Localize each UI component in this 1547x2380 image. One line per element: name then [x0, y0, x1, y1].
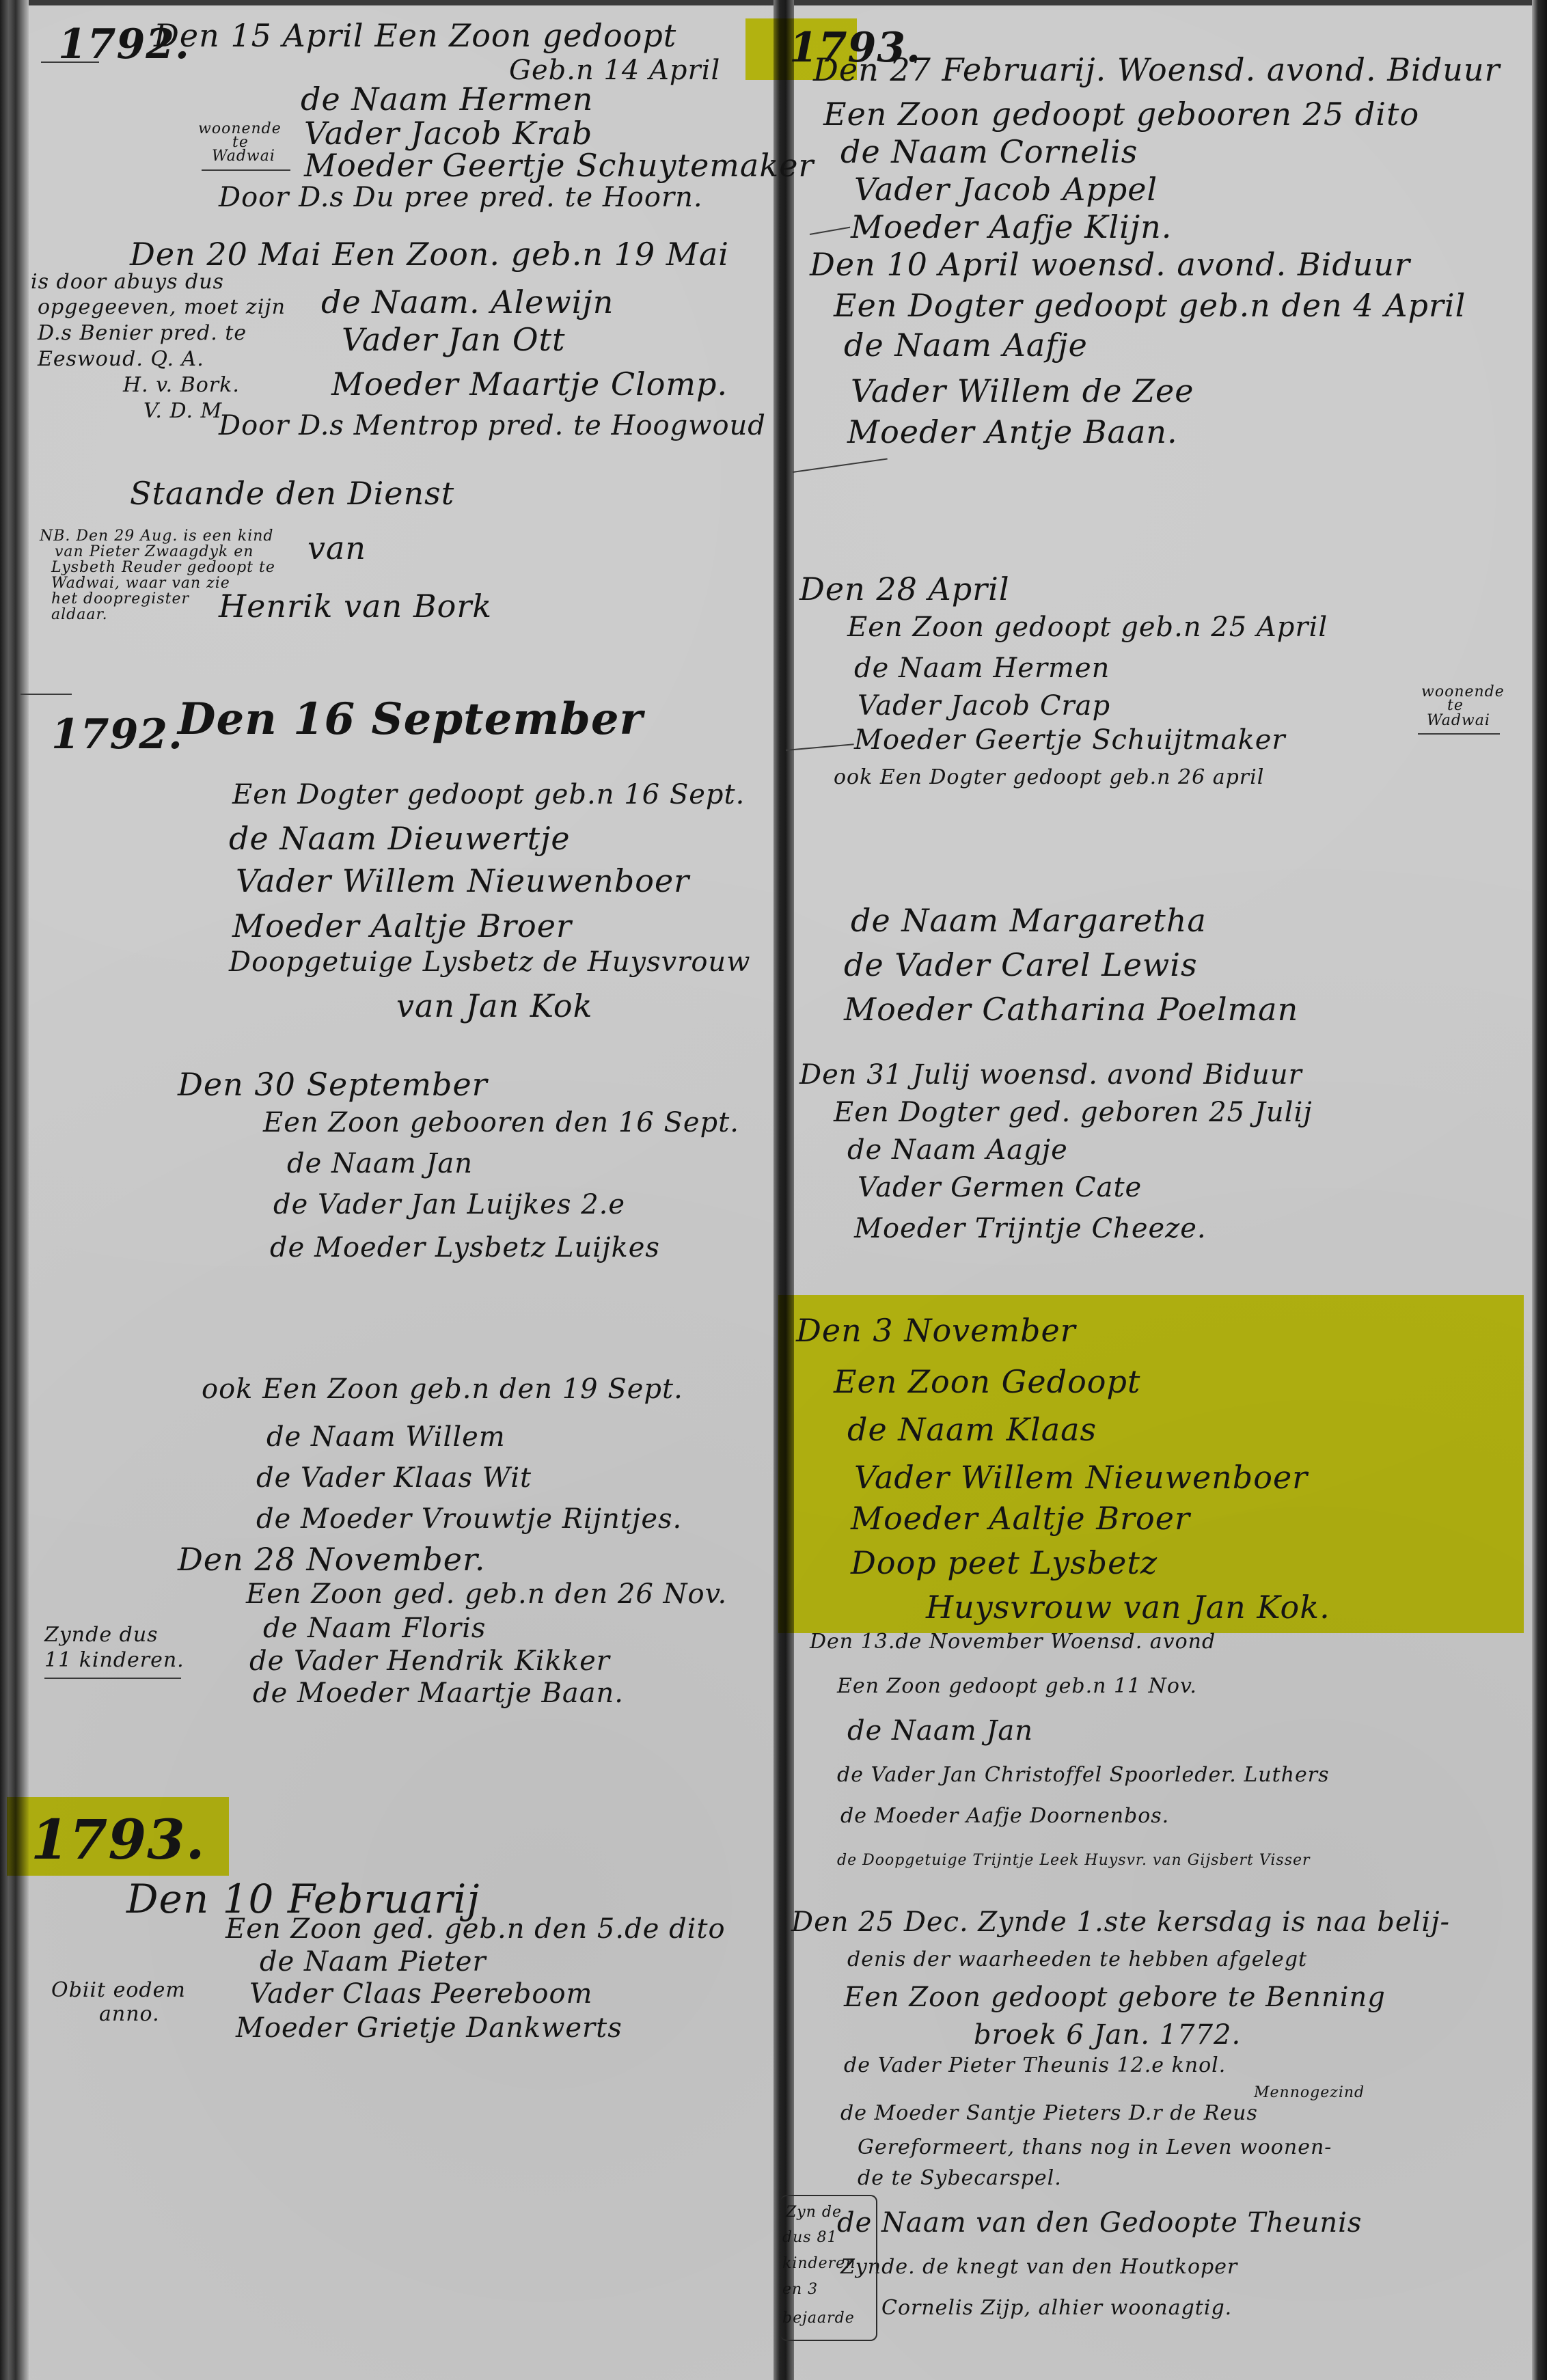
margin-note: Lysbeth Reuder gedoopt te — [51, 559, 275, 576]
entry-line: Zynde. de knegt van den Houtkoper — [840, 2255, 1237, 2279]
entry-line: Den 16 September — [178, 694, 643, 745]
entry-year: 1792. — [51, 711, 183, 758]
entry-line: de Moeder Aafje Doornenbos. — [840, 1804, 1169, 1828]
entry-line: Een Zoon gedoopt geb.n 11 Nov. — [837, 1674, 1197, 1698]
margin-note: Wadwai — [1427, 712, 1490, 729]
entry-line: Door D.s Du pree pred. te Hoorn. — [219, 182, 703, 213]
entry-line: Moeder Aafje Klijn. — [851, 208, 1172, 245]
entry-line: Moeder Geertje Schuijtmaker — [854, 724, 1286, 756]
divider — [1418, 733, 1500, 735]
entry-line: Huysvrouw van Jan Kok. — [926, 1589, 1330, 1626]
entry-line: van — [307, 530, 366, 566]
margin-note: het doopregister — [51, 590, 189, 607]
entry-line: Vader Willem Nieuwenboer — [236, 862, 689, 899]
margin-note: van Pieter Zwaagdyk en — [55, 543, 254, 560]
entry-line: de Vader Jan Christoffel Spoorleder. Lut… — [837, 1763, 1329, 1787]
entry-line: Den 30 September — [178, 1066, 488, 1103]
entry-line: de te Sybecarspel. — [858, 2166, 1062, 2190]
divider — [41, 61, 99, 63]
entry-line: de Vader Pieter Theunis 12.e knol. — [844, 2053, 1226, 2077]
book-right-edge — [1532, 0, 1547, 2380]
margin-note: Eeswoud. Q. A. — [38, 347, 204, 371]
entry-line: Den 25 Dec. Zynde 1.ste kersdag is naa b… — [791, 1906, 1450, 1938]
margin-note: NB. Den 29 Aug. is een kind — [40, 528, 273, 545]
divider — [202, 169, 290, 171]
entry-line: de Vader Jan Luijkes 2.e — [273, 1189, 625, 1220]
entry-line: Henrik van Bork — [219, 588, 492, 625]
entry-line: de Naam Jan — [847, 1715, 1033, 1747]
book-spine — [773, 0, 794, 2380]
entry-line: Vader Jan Ott — [342, 321, 566, 358]
entry-line: Een Zoon Gedoopt — [834, 1363, 1140, 1400]
margin-note: Obiit eodem — [51, 1978, 186, 2002]
entry-line: de Naam van den Gedoopte Theunis — [837, 2207, 1362, 2239]
margin-note: Wadwai — [212, 148, 275, 165]
entry-line: Cornelis Zijp, alhier woonagtig. — [881, 2296, 1232, 2320]
entry-line: de Naam Willem — [266, 1421, 506, 1453]
entry-line: ook Een Zoon geb.n den 19 Sept. — [202, 1373, 683, 1405]
margin-box-line: kinderen — [782, 2255, 855, 2272]
entry-line: Vader Jacob Appel — [854, 171, 1158, 208]
entry-line: van Jan Kok — [396, 987, 592, 1024]
divider — [20, 694, 72, 695]
margin-note: V. D. M. — [143, 399, 230, 423]
entry-line: Vader Willem de Zee — [851, 372, 1194, 409]
entry-line: de Vader Hendrik Kikker — [249, 1645, 610, 1677]
entry-line: Den 10 April woensd. avond. Biduur — [810, 246, 1410, 283]
entry-line: Door D.s Mentrop pred. te Hoogwoud — [219, 410, 766, 441]
entry-line: de Moeder Vrouwtje Rijntjes. — [256, 1503, 682, 1535]
entry-line: de Naam Aafje — [844, 327, 1088, 364]
entry-line: de Naam Jan — [287, 1148, 473, 1179]
margin-note: H. v. Bork. — [123, 373, 240, 397]
margin-box-line: en 3 — [782, 2281, 818, 2298]
entry-year: 1793. — [31, 1807, 206, 1872]
entry-line: Den 13.de November Woensd. avond — [810, 1630, 1216, 1654]
margin-note: anno. — [99, 2002, 160, 2026]
entry-line: Een Zoon gedoopt geb.n 25 April — [847, 612, 1328, 643]
entry-line: ook Een Dogter gedoopt geb.n 26 april — [834, 765, 1264, 789]
entry-line: Moeder Maartje Clomp. — [331, 366, 728, 402]
entry-line: de Naam Margaretha — [851, 902, 1207, 939]
entry-line: de Doopgetuige Trijntje Leek Huysvr. van… — [837, 1852, 1311, 1869]
entry-line: Staande den Dienst — [130, 475, 454, 512]
margin-note: is door abuys dus — [31, 270, 224, 294]
entry-line: Mennogezind — [1254, 2084, 1365, 2101]
entry-line: de Moeder Santje Pieters D.r de Reus — [840, 2101, 1258, 2125]
entry-line: Den 27 Februarij. Woensd. avond. Biduur — [813, 51, 1500, 88]
entry-line: Vader Jacob Krab — [304, 115, 592, 152]
entry-line: Den 15 April Een Zoon gedoopt — [154, 17, 676, 54]
entry-line: de Naam Aagje — [847, 1134, 1068, 1166]
margin-note: D.s Benier pred. te — [38, 321, 247, 345]
entry-line: de Naam Cornelis — [840, 133, 1138, 170]
entry-line: Moeder Trijntje Cheeze. — [854, 1213, 1207, 1244]
entry-line: de Naam Hermen — [301, 81, 593, 118]
entry-line: de Naam Floris — [263, 1613, 486, 1644]
entry-line: de Moeder Lysbetz Luijkes — [270, 1232, 660, 1263]
margin-box-line: Zyn de — [786, 2204, 842, 2221]
book-left-edge — [0, 0, 29, 2380]
entry-line: Moeder Aaltje Broer — [232, 907, 572, 944]
entry-line: Den 20 Mai Een Zoon. geb.n 19 Mai — [130, 236, 729, 273]
margin-box-line: bejaarde — [782, 2310, 855, 2327]
entry-line: de Vader Klaas Wit — [256, 1462, 532, 1494]
entry-line: Den 3 November — [796, 1312, 1076, 1349]
entry-line: de Moeder Maartje Baan. — [253, 1678, 624, 1709]
entry-line: Vader Jacob Crap — [858, 690, 1110, 722]
entry-line: Een Zoon gedoopt gebore te Benning — [844, 1982, 1386, 2013]
entry-line: Een Zoon ged. geb.n den 26 Nov. — [246, 1578, 727, 1610]
entry-line: Moeder Geertje Schuytemaker — [304, 147, 814, 184]
entry-line: Moeder Aaltje Broer — [851, 1500, 1190, 1537]
entry-line: Doop peet Lysbetz — [851, 1544, 1158, 1581]
entry-line: de Naam. Alewijn — [321, 284, 614, 320]
entry-line: Gereformeert, thans nog in Leven woonen- — [858, 2135, 1332, 2159]
entry-line: Een Dogter gedoopt geb.n 16 Sept. — [232, 779, 745, 810]
entry-line: Een Zoon ged. geb.n den 5.de dito — [225, 1913, 726, 1945]
entry-line: de Naam Dieuwertje — [229, 820, 571, 857]
margin-note: Wadwai, waar van zie — [51, 575, 230, 592]
entry-line: Een Dogter ged. geboren 25 Julij — [834, 1097, 1313, 1128]
margin-note: opgegeeven, moet zijn — [38, 295, 286, 319]
entry-line: de Naam Klaas — [847, 1411, 1097, 1448]
entry-line: Een Dogter gedoopt geb.n den 4 April — [834, 287, 1466, 324]
entry-line: Vader Claas Peereboom — [249, 1978, 592, 2010]
margin-box-line: dus 81 — [782, 2229, 838, 2246]
divider — [44, 1678, 181, 1679]
entry-line: Vader Germen Cate — [858, 1172, 1142, 1203]
entry-line: Een Zoon gedoopt gebooren 25 dito — [823, 96, 1419, 133]
entry-line: Moeder Antje Baan. — [847, 413, 1178, 450]
entry-line: de Vader Carel Lewis — [844, 946, 1198, 983]
entry-line: Een Zoon gebooren den 16 Sept. — [263, 1107, 739, 1138]
margin-note: 11 kinderen. — [44, 1648, 184, 1672]
entry-line: Den 28 November. — [178, 1541, 486, 1578]
entry-line: Den 31 Julij woensd. avond Biduur — [799, 1059, 1302, 1091]
margin-note: Zynde dus — [44, 1623, 159, 1647]
entry-line: Doopgetuige Lysbetz de Huysvrouw — [229, 946, 750, 978]
entry-line: denis der waarheeden te hebben afgelegt — [847, 1947, 1307, 1971]
entry-line: Moeder Catharina Poelman — [844, 991, 1298, 1028]
entry-line: broek 6 Jan. 1772. — [974, 2019, 1241, 2051]
entry-line: Den 28 April — [799, 571, 1010, 607]
entry-line: Vader Willem Nieuwenboer — [854, 1459, 1308, 1496]
margin-note: aldaar. — [51, 606, 108, 623]
entry-line: Moeder Grietje Dankwerts — [236, 2012, 622, 2044]
entry-line: de Naam Pieter — [260, 1946, 487, 1978]
entry-line: de Naam Hermen — [854, 653, 1110, 684]
